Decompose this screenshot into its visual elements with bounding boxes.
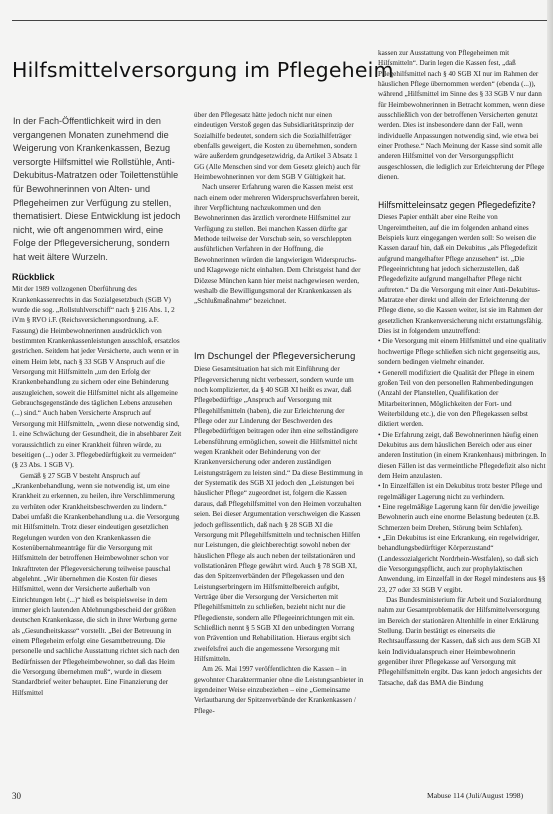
journal-citation: Mabuse 114 (Juli/August 1998)	[427, 791, 523, 800]
bullet-item: • In Einzelfällen ist ein Dekubitus trot…	[378, 481, 547, 502]
paragraph: Nach unserer Erfahrung waren die Kassen …	[194, 182, 364, 306]
bullet-item: • „Ein Dekubitus ist eine Erkrankung, ei…	[378, 533, 547, 595]
top-rule	[12, 20, 553, 21]
paragraph: Am 26. Mai 1997 veröffentlichten die Kas…	[194, 664, 364, 716]
paragraph: über den Pflegesatz hätte jedoch nicht n…	[194, 110, 364, 182]
section-middle-top: über den Pflegesatz hätte jedoch nicht n…	[194, 110, 364, 307]
paragraph: Dieses Papier enthält aber eine Reihe vo…	[378, 212, 547, 336]
page-edge-shadow	[547, 0, 553, 814]
paragraph: kassen zur Ausstattung von Pflegeheimen …	[378, 48, 547, 182]
section-dschungel: Im Dschungel der Pflegeversicherung Dies…	[194, 352, 364, 716]
intro-paragraph: In der Fach-Öffentlichkeit wird in den v…	[13, 115, 181, 265]
bullet-item: • Die Versorgung mit einem Hilfsmittel u…	[378, 336, 547, 367]
section-right-top: kassen zur Ausstattung von Pflegeheimen …	[378, 48, 547, 182]
page-title: Hilfsmittelversorgung im Pflegeheim	[12, 58, 362, 82]
bullet-item: • Die Erfahrung zeigt, daß Bewohnerinnen…	[378, 430, 547, 482]
bullet-item: • Generell modifiziert die Qualität der …	[378, 368, 547, 430]
section-heading: Im Dschungel der Pflegeversicherung	[194, 352, 364, 362]
section-heading: Hilfsmitteleinsatz gegen Pflegedefizite?	[378, 200, 547, 210]
paragraph: Diese Gesamtsituation hat sich mit Einfü…	[194, 364, 364, 664]
bullet-item: • Eine regelmäßige Lagerung kann für den…	[378, 502, 547, 533]
paragraph: Das Bundesministerium für Arbeit und Soz…	[378, 595, 547, 688]
page-number: 30	[12, 791, 21, 801]
section-rueckblick: Rückblick Mit der 1989 vollzogenen Überf…	[12, 272, 182, 698]
section-pflegedefizite: Hilfsmitteleinsatz gegen Pflegedefizite?…	[378, 200, 547, 688]
paragraph: Mit der 1989 vollzogenen Überführung des…	[12, 284, 182, 470]
paragraph: Gemäß § 27 SGB V besteht Anspruch auf „K…	[12, 471, 182, 699]
section-heading: Rückblick	[12, 272, 182, 282]
